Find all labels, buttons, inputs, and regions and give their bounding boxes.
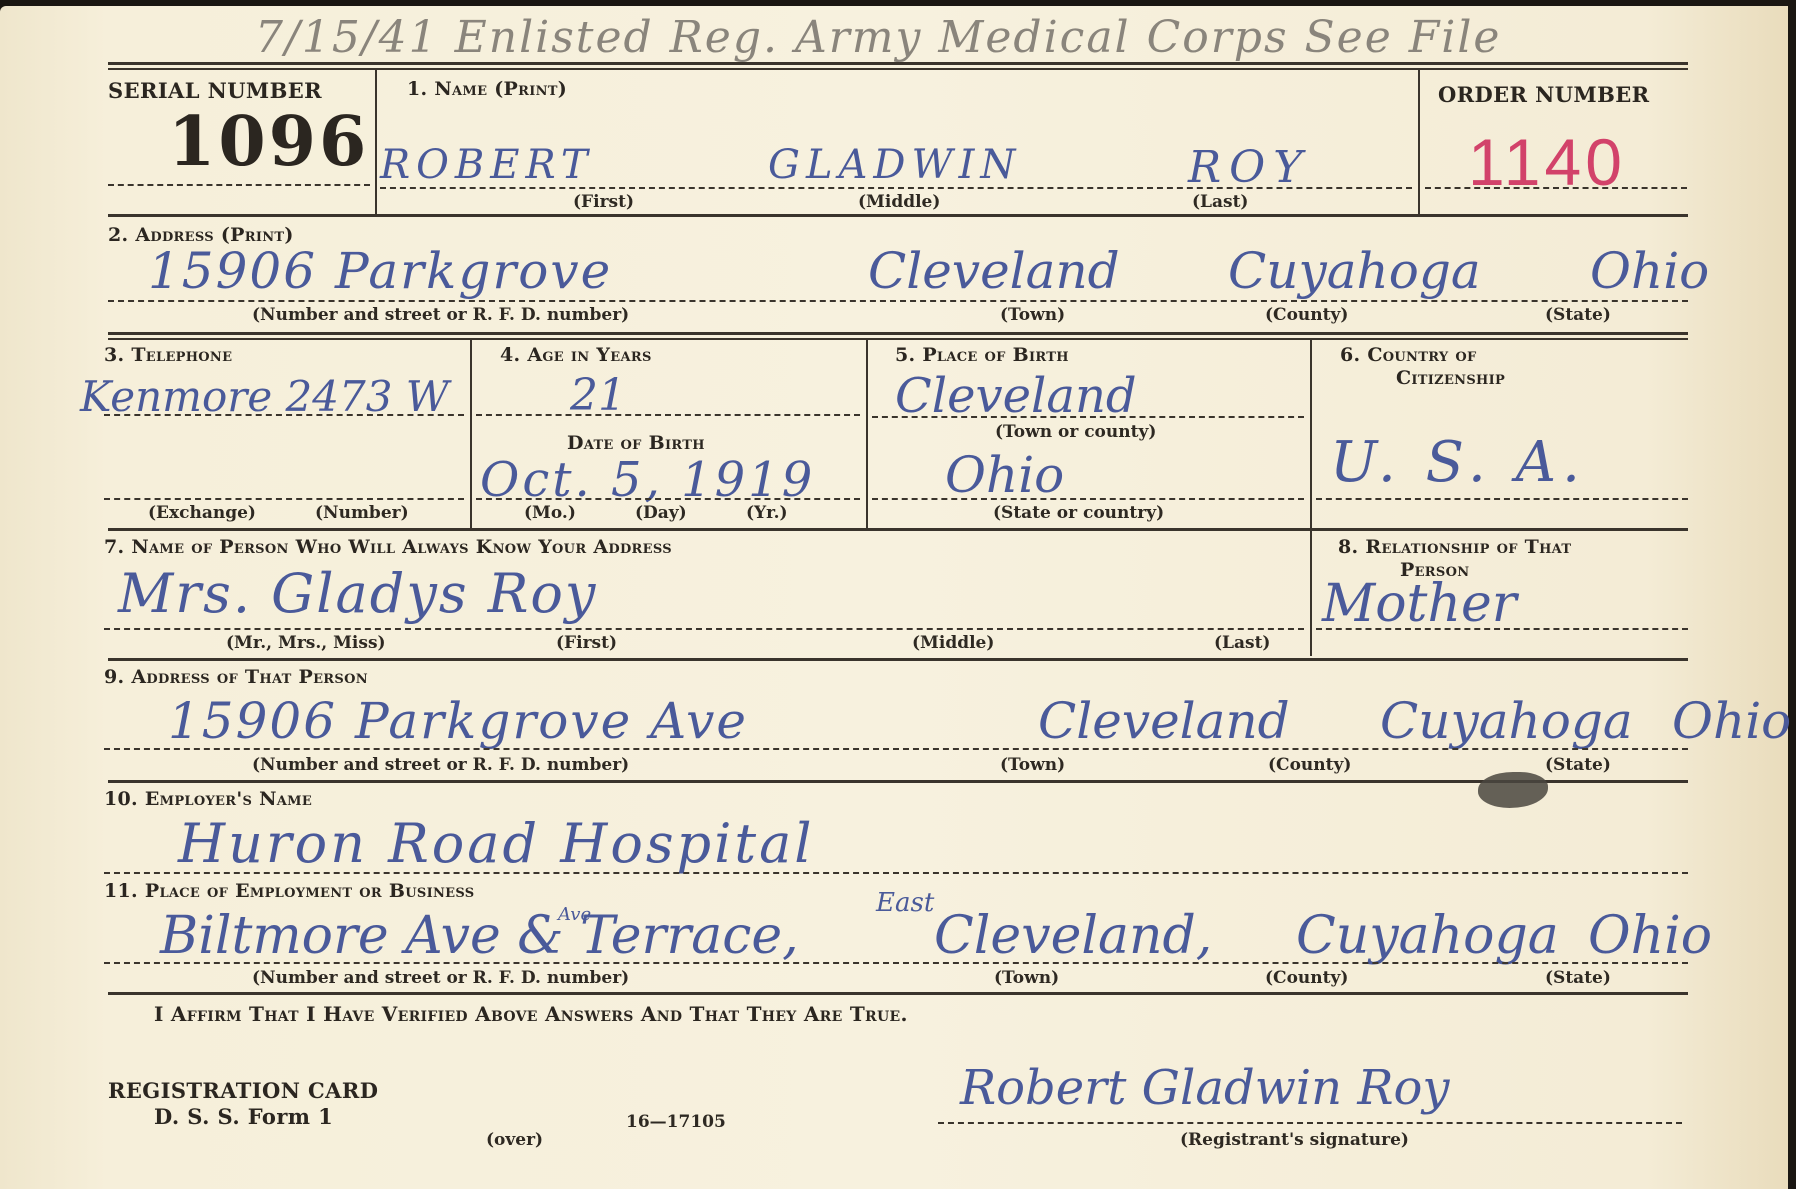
section-rule [108, 992, 1688, 995]
signature-line [938, 1122, 1682, 1124]
serial-number-value: 1096 [168, 102, 369, 182]
divider [866, 340, 868, 530]
citizenship-label: 6. Country of [1340, 344, 1477, 366]
employment-state-value: Ohio [1588, 906, 1712, 966]
telephone-exchange-sublabel: (Exchange) [148, 503, 256, 523]
contact-person-line [104, 628, 1304, 630]
address-state-value: Ohio [1590, 242, 1709, 300]
top-rule [108, 62, 1688, 65]
employment-county-sublabel: (County) [1265, 968, 1348, 988]
contact-address-county-value: Cuyahoga [1380, 692, 1633, 750]
employment-town-sublabel: (Town) [994, 968, 1059, 988]
employment-state-sublabel: (State) [1545, 968, 1611, 988]
dob-year-sublabel: (Yr.) [746, 503, 788, 523]
contact-address-label: 9. Address of That Person [104, 666, 368, 688]
birth-town-line [872, 416, 1304, 418]
registrant-signature: Robert Gladwin Roy [960, 1060, 1449, 1116]
contact-town-sublabel: (Town) [1000, 755, 1065, 775]
contact-address-street-value: 15906 Parkgrove Ave [168, 692, 748, 750]
section-rule-2 [108, 338, 1688, 340]
section-rule [108, 332, 1688, 335]
citizenship-value: U. S. A. [1330, 430, 1586, 495]
serial-number-line [108, 184, 370, 186]
contact-address-town-value: Cleveland [1038, 692, 1290, 750]
divider [1310, 340, 1312, 656]
address-line [108, 300, 1688, 302]
address-county-sublabel: (County) [1265, 305, 1348, 325]
age-label: 4. Age in Years [500, 344, 652, 366]
dob-month-sublabel: (Mo.) [524, 503, 576, 523]
contact-first-sublabel: (First) [556, 633, 617, 653]
birth-state-sublabel: (State or country) [993, 503, 1164, 523]
section-rule [108, 528, 1688, 531]
employment-place-label: 11. Place of Employment or Business [104, 880, 474, 902]
dob-line [476, 498, 860, 500]
contact-person-value: Mrs. Gladys Roy [118, 562, 597, 625]
telephone-number-sublabel: (Number) [315, 503, 409, 523]
relationship-value: Mother [1322, 574, 1517, 634]
divider [375, 70, 377, 216]
affirmation-text: I Affirm That I Have Verified Above Answ… [154, 1002, 908, 1026]
order-number-label: ORDER NUMBER [1438, 82, 1650, 107]
contact-state-sublabel: (State) [1545, 755, 1611, 775]
contact-last-sublabel: (Last) [1214, 633, 1270, 653]
name-middle-value: GLADWIN [768, 142, 1021, 188]
relationship-line [1316, 628, 1688, 630]
employment-street-sublabel: (Number and street or R. F. D. number) [252, 968, 629, 988]
name-line [380, 187, 1412, 189]
print-code: 16—17105 [626, 1112, 726, 1132]
address-street-value: 15906 Parkgrove [148, 242, 612, 300]
employment-town-note: East [876, 888, 934, 918]
name-first-value: ROBERT [380, 142, 594, 188]
employment-street-value: Biltmore Ave & Terrace, [160, 906, 799, 966]
contact-middle-sublabel: (Middle) [912, 633, 994, 653]
address-state-sublabel: (State) [1545, 305, 1611, 325]
name-last-value: ROY [1188, 142, 1310, 193]
registration-card: 7/15/41 Enlisted Reg. Army Medical Corps… [0, 6, 1788, 1189]
relationship-label: 8. Relationship of That [1338, 536, 1571, 558]
address-town-value: Cleveland [868, 242, 1120, 300]
contact-title-sublabel: (Mr., Mrs., Miss) [226, 633, 386, 653]
age-line [476, 414, 860, 416]
dob-label: Date of Birth [567, 432, 705, 454]
address-county-value: Cuyahoga [1228, 242, 1481, 300]
over-label: (over) [486, 1130, 543, 1150]
employment-town-value: Cleveland, [934, 906, 1212, 966]
citizenship-label-2: Citizenship [1396, 367, 1505, 389]
address-street-sublabel: (Number and street or R. F. D. number) [252, 305, 629, 325]
employer-line [104, 872, 1688, 874]
contact-address-line [104, 748, 1688, 750]
name-last-sublabel: (Last) [1192, 192, 1248, 212]
contact-street-sublabel: (Number and street or R. F. D. number) [252, 755, 629, 775]
form-number: D. S. S. Form 1 [154, 1104, 333, 1129]
section-rule [108, 214, 1688, 217]
telephone-line [104, 414, 464, 416]
section-rule [108, 780, 1688, 783]
telephone-label: 3. Telephone [104, 344, 232, 366]
name-label: 1. Name (Print) [407, 78, 567, 100]
address-town-sublabel: (Town) [1000, 305, 1065, 325]
dob-day-sublabel: (Day) [635, 503, 687, 523]
section-rule [108, 658, 1688, 661]
serial-number-label: SERIAL NUMBER [108, 78, 322, 103]
birth-town-sublabel: (Town or county) [995, 422, 1156, 442]
employer-value: Huron Road Hospital [178, 812, 815, 875]
contact-address-state-value: Ohio [1672, 692, 1791, 750]
birth-state-value: Ohio [945, 446, 1064, 504]
signature-label: (Registrant's signature) [1180, 1130, 1409, 1150]
birth-state-line [872, 498, 1304, 500]
divider [1418, 70, 1420, 216]
contact-county-sublabel: (County) [1268, 755, 1351, 775]
name-middle-sublabel: (Middle) [858, 192, 940, 212]
pencil-annotation: 7/15/41 Enlisted Reg. Army Medical Corps… [255, 12, 1501, 63]
employment-line [104, 962, 1688, 964]
telephone-line-2 [104, 498, 464, 500]
registration-card-title: REGISTRATION CARD [108, 1078, 378, 1103]
top-rule-2 [108, 68, 1688, 70]
divider [470, 340, 472, 530]
employer-label: 10. Employer's Name [104, 788, 312, 810]
name-first-sublabel: (First) [573, 192, 634, 212]
employment-county-value: Cuyahoga [1296, 906, 1559, 966]
order-number-line [1425, 187, 1687, 189]
place-of-birth-label: 5. Place of Birth [895, 344, 1069, 366]
ink-stain [1478, 772, 1548, 808]
contact-person-label: 7. Name of Person Who Will Always Know Y… [104, 536, 672, 558]
citizenship-line [1316, 498, 1688, 500]
